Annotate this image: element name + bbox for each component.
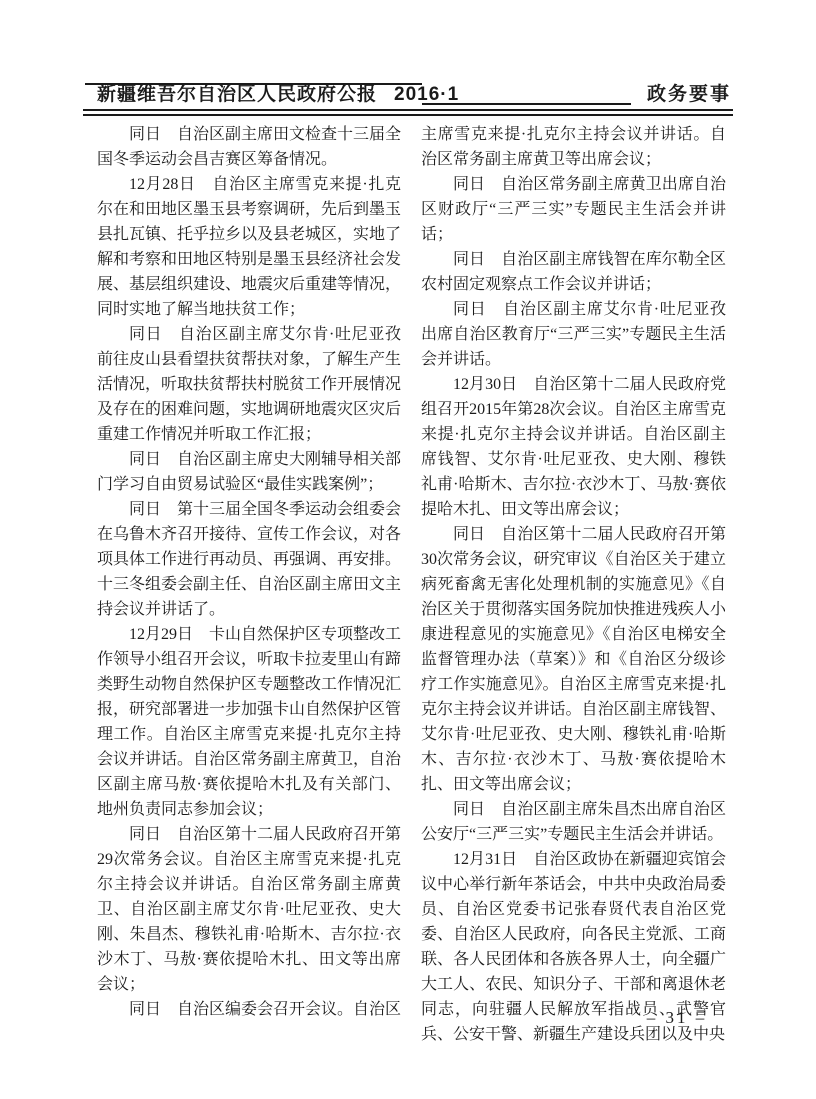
- paragraph: 同日 第十三届全国冬季运动会组委会在乌鲁木齐召开接待、宣传工作会议，对各项具体工…: [97, 497, 401, 622]
- paragraph-continuation: 主席雪克来提·扎克尔主持会议并讲话。自治区常务副主席黄卫等出席会议；: [421, 122, 726, 172]
- paragraph: 同日 自治区编委会召开会议。自治区: [97, 997, 401, 1022]
- paragraph: 同日 自治区副主席史大刚辅导相关部门学习自由贸易试验区“最佳实践案例”；: [97, 447, 401, 497]
- right-column: 主席雪克来提·扎克尔主持会议并讲话。自治区常务副主席黄卫等出席会议； 同日 自治…: [421, 122, 726, 1047]
- paragraph: 12月29日 卡山自然保护区专项整改工作领导小组召开会议，听取卡拉麦里山有蹄类野…: [97, 622, 401, 822]
- paragraph: 同日 自治区第十二届人民政府召开第30次常务会议，研究审议《自治区关于建立病死畜…: [421, 522, 726, 797]
- paragraph: 12月30日 自治区第十二届人民政府党组召开2015年第28次会议。自治区主席雪…: [421, 372, 726, 522]
- paragraph: 同日 自治区第十二届人民政府召开第29次常务会议。自治区主席雪克来提·扎克尔主持…: [97, 822, 401, 997]
- header-journal-line: 新疆维吾尔自治区人民政府公报 2016·1: [97, 84, 459, 106]
- paragraph: 同日 自治区常务副主席黄卫出席自治区财政厅“三严三实”专题民主生活会并讲话；: [421, 172, 726, 247]
- issue-number: 2016·1: [394, 84, 459, 106]
- paragraph: 同日 自治区副主席田文检查十三届全国冬季运动会昌吉赛区筹备情况。: [97, 122, 401, 172]
- paragraph: 同日 自治区副主席朱昌杰出席自治区公安厅“三严三实”专题民主生活会并讲话。: [421, 797, 726, 847]
- gazette-page: 新疆维吾尔自治区人民政府公报 2016·1 政务要事 同日 自治区副主席田文检查…: [0, 0, 816, 1099]
- section-title: 政务要事: [647, 84, 731, 106]
- paragraph: 同日 自治区副主席艾尔肯·吐尼亚孜出席自治区教育厅“三严三实”专题民主生活会并讲…: [421, 297, 726, 372]
- paragraph: 12月28日 自治区主席雪克来提·扎克尔在和田地区墨玉县考察调研，先后到墨玉县扎…: [97, 172, 401, 322]
- paragraph: 同日 自治区副主席艾尔肯·吐尼亚孜前往皮山县看望扶贫帮扶对象，了解生产生活情况，…: [97, 322, 401, 447]
- page-number: – 31 –: [617, 1008, 737, 1028]
- left-column: 同日 自治区副主席田文检查十三届全国冬季运动会昌吉赛区筹备情况。 12月28日 …: [97, 122, 401, 1022]
- paragraph: 同日 自治区副主席钱智在库尔勒全区农村固定观察点工作会议并讲话；: [421, 247, 726, 297]
- header-double-rule: [83, 109, 733, 116]
- journal-title: 新疆维吾尔自治区人民政府公报: [97, 84, 377, 106]
